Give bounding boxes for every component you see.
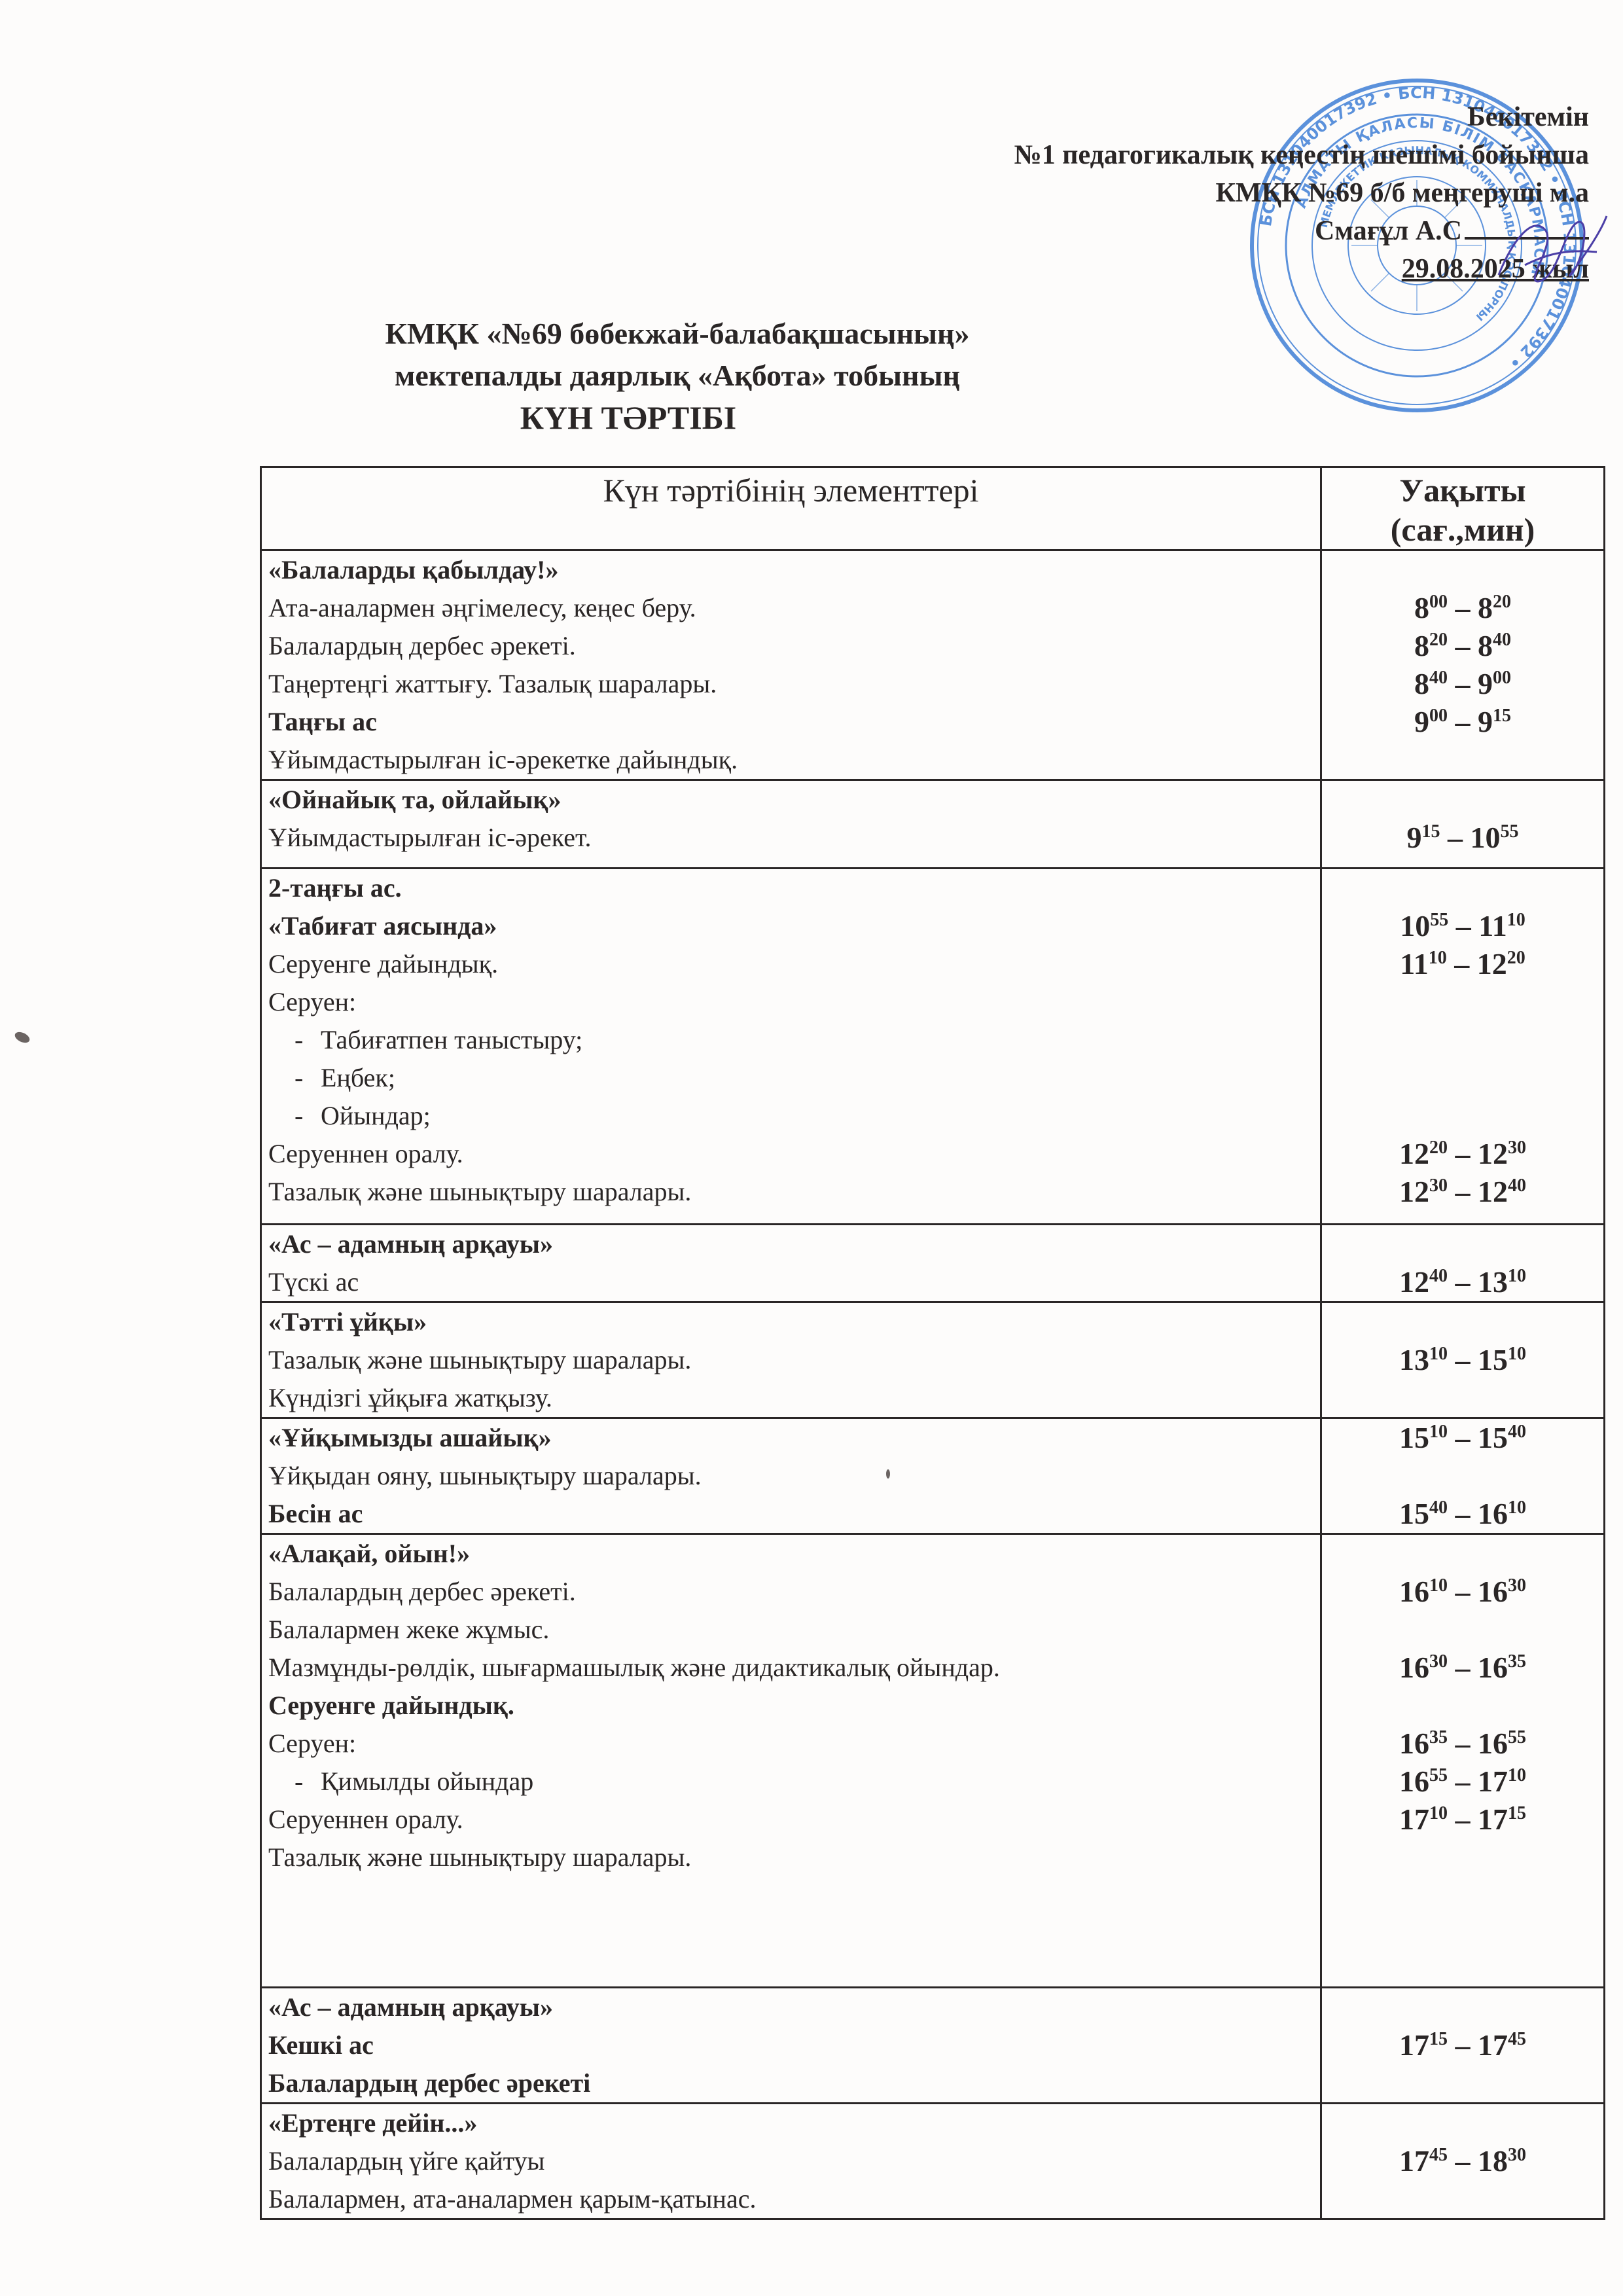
time-range: 1630 – 1635 — [1329, 1649, 1597, 1687]
schedule-bullet-item: Еңбек; — [268, 1059, 1313, 1097]
schedule-section-heading: Серуенге дайындық. — [268, 1687, 1313, 1725]
time-spacer — [1329, 551, 1597, 589]
time-range: 820 – 840 — [1329, 627, 1597, 665]
schedule-time-cell: 1510 – 15401540 – 1610 — [1321, 1418, 1605, 1534]
schedule-item: Ата-аналармен әңгімелесу, кеңес беру. — [268, 589, 1313, 627]
approval-council-decision: №1 педагогикалық кеңестің шешімі бойынша — [1014, 136, 1589, 174]
approval-heading: Бекітемін — [1014, 98, 1589, 136]
time-range: 1745 – 1830 — [1329, 2142, 1597, 2180]
title-group: мектепалды даярлық «Ақбота» тобының — [0, 355, 1178, 397]
table-row: «Ас – адамның арқауы»Түскі ас1240 – 1310 — [261, 1225, 1605, 1302]
time-range: 1635 – 1655 — [1329, 1725, 1597, 1763]
schedule-item: Серуеннен оралу. — [268, 1801, 1313, 1839]
time-spacer — [1329, 2104, 1597, 2142]
table-row: «Алақай, ойын!»Балалардың дербес әрекеті… — [261, 1534, 1605, 1988]
schedule-item: Серуен: — [268, 1725, 1313, 1763]
schedule-item: Күндізгі ұйқыға жатқызу. — [268, 1379, 1313, 1417]
schedule-item: Тазалық және шынықтыру шаралары. — [268, 1173, 1313, 1211]
schedule-time-cell: 1610 – 16301630 – 16351635 – 16551655 – … — [1321, 1534, 1605, 1988]
schedule-item: Балалардың үйге қайтуы — [268, 2142, 1313, 2180]
schedule-section-heading: Балалардың дербес әрекеті — [268, 2064, 1313, 2102]
time-spacer — [1329, 1611, 1597, 1649]
schedule-item: Тазалық және шынықтыру шаралары. — [268, 1839, 1313, 1876]
schedule-elements-cell: 2-таңғы ас.«Табиғат аясында»Серуенге дай… — [261, 869, 1321, 1225]
schedule-section-heading: «Балаларды қабылдау!» — [268, 551, 1313, 589]
schedule-section-heading: «Ас – адамның арқауы» — [268, 1988, 1313, 2026]
schedule-item: Балалармен, ата-аналармен қарым-қатынас. — [268, 2180, 1313, 2218]
schedule-elements-cell: «Ертеңге дейін...»Балалардың үйге қайтуы… — [261, 2104, 1321, 2219]
time-spacer — [1329, 869, 1597, 907]
time-spacer — [1329, 1988, 1597, 2026]
time-range: 1220 – 1230 — [1329, 1135, 1597, 1173]
title-main: КҮН ТӘРТІБІ — [0, 397, 1178, 439]
schedule-time-cell: 800 – 820820 – 840840 – 900900 – 915 — [1321, 550, 1605, 780]
time-range: 840 – 900 — [1329, 665, 1597, 703]
schedule-section-heading: Бесін ас — [268, 1495, 1313, 1533]
time-range: 1610 – 1630 — [1329, 1573, 1597, 1611]
time-range: 915 – 1055 — [1329, 819, 1597, 857]
schedule-item: Серуен: — [268, 983, 1313, 1021]
table-row: «Тәтті ұйқы»Тазалық және шынықтыру шарал… — [261, 1302, 1605, 1418]
time-range: 900 – 915 — [1329, 703, 1597, 741]
schedule-item: Таңертеңгі жаттығу. Тазалық шаралары. — [268, 665, 1313, 703]
schedule-section-heading: «Ұйқымызды ашайық» — [268, 1419, 1313, 1457]
time-range: 800 – 820 — [1329, 589, 1597, 627]
schedule-section-heading: «Ойнайық та, ойлайық» — [268, 781, 1313, 819]
time-spacer — [1329, 1059, 1597, 1097]
table-row: «Ойнайық та, ойлайық»Ұйымдастырылған іс-… — [261, 780, 1605, 869]
schedule-elements-cell: «Ас – адамның арқауы»Түскі ас — [261, 1225, 1321, 1302]
time-range: 1055 – 1110 — [1329, 907, 1597, 945]
time-range: 1230 – 1240 — [1329, 1173, 1597, 1211]
schedule-item: Ұйымдастырылған іс-әрекет. — [268, 819, 1313, 857]
time-range: 1715 – 1745 — [1329, 2026, 1597, 2064]
title-institution: КМҚК «№69 бөбекжай-балабақшасының» — [0, 313, 1178, 355]
schedule-section-heading: «Тәтті ұйқы» — [268, 1303, 1313, 1341]
time-range: 1110 – 1220 — [1329, 945, 1597, 983]
time-spacer — [1329, 1021, 1597, 1059]
time-range: 1510 – 1540 — [1329, 1419, 1597, 1457]
schedule-elements-cell: «Ас – адамның арқауы»Кешкі асБалалардың … — [261, 1988, 1321, 2104]
schedule-item: Балалармен жеке жұмыс. — [268, 1611, 1313, 1649]
schedule-elements-cell: «Балаларды қабылдау!»Ата-аналармен әңгім… — [261, 550, 1321, 780]
schedule-time-cell: 1745 – 1830 — [1321, 2104, 1605, 2219]
table-row: «Ұйқымызды ашайық»Ұйқыдан ояну, шынықтыр… — [261, 1418, 1605, 1534]
time-spacer — [1329, 983, 1597, 1021]
table-row: «Балаларды қабылдау!»Ата-аналармен әңгім… — [261, 550, 1605, 780]
time-range: 1540 – 1610 — [1329, 1495, 1597, 1533]
time-spacer — [1329, 1457, 1597, 1495]
schedule-section-heading: Кешкі ас — [268, 2026, 1313, 2064]
schedule-section-heading: 2-таңғы ас. — [268, 869, 1313, 907]
schedule-item: Балалардың дербес әрекеті. — [268, 627, 1313, 665]
header-time-label: Уақыты — [1329, 471, 1597, 510]
schedule-item: Ұйымдастырылған іс-әрекетке дайындық. — [268, 741, 1313, 779]
time-range: 1710 – 1715 — [1329, 1801, 1597, 1839]
schedule-section-heading: «Табиғат аясында» — [268, 907, 1313, 945]
time-spacer — [1329, 1687, 1597, 1725]
table-row: «Ертеңге дейін...»Балалардың үйге қайтуы… — [261, 2104, 1605, 2219]
time-range: 1240 – 1310 — [1329, 1263, 1597, 1301]
time-spacer — [1329, 781, 1597, 819]
header-time: Уақыты (сағ.,мин) — [1321, 467, 1605, 550]
schedule-bullet-item: Қимылды ойындар — [268, 1763, 1313, 1801]
schedule-item: Мазмұнды-рөлдік, шығармашылық және дидак… — [268, 1649, 1313, 1687]
schedule-item: Тазалық және шынықтыру шаралары. — [268, 1341, 1313, 1379]
approval-signer-name: Смағұл А.С — [1315, 216, 1462, 246]
table-header-row: Күн тәртібінің элементтері Уақыты (сағ.,… — [261, 467, 1605, 550]
schedule-item: Ұйқыдан ояну, шынықтыру шаралары. — [268, 1457, 1313, 1495]
daily-schedule-table: Күн тәртібінің элементтері Уақыты (сағ.,… — [260, 466, 1605, 2220]
schedule-time-cell: 1240 – 1310 — [1321, 1225, 1605, 1302]
scan-artifact — [13, 1030, 31, 1045]
table-row: 2-таңғы ас.«Табиғат аясында»Серуенге дай… — [261, 869, 1605, 1225]
schedule-time-cell: 1310 – 1510 — [1321, 1302, 1605, 1418]
schedule-elements-cell: «Тәтті ұйқы»Тазалық және шынықтыру шарал… — [261, 1302, 1321, 1418]
schedule-time-cell: 1715 – 1745 — [1321, 1988, 1605, 2104]
document-title-block: КМҚК «№69 бөбекжай-балабақшасының» мекте… — [0, 313, 1178, 439]
schedule-bullet-item: Ойындар; — [268, 1097, 1313, 1135]
schedule-section-heading: «Ас – адамның арқауы» — [268, 1225, 1313, 1263]
header-time-unit: (сағ.,мин) — [1329, 510, 1597, 549]
schedule-item: Серуеннен оралу. — [268, 1135, 1313, 1173]
time-spacer — [1329, 1535, 1597, 1573]
schedule-elements-cell: «Ұйқымызды ашайық»Ұйқыдан ояну, шынықтыр… — [261, 1418, 1321, 1534]
time-spacer — [1329, 1097, 1597, 1135]
table-row: «Ас – адамның арқауы»Кешкі асБалалардың … — [261, 1988, 1605, 2104]
time-range: 1655 – 1710 — [1329, 1763, 1597, 1801]
time-range: 1310 – 1510 — [1329, 1341, 1597, 1379]
time-spacer — [1329, 1303, 1597, 1341]
signature-icon — [1486, 203, 1616, 295]
schedule-section-heading: Таңғы ас — [268, 703, 1313, 741]
scan-artifact — [886, 1469, 890, 1479]
schedule-time-cell: 915 – 1055 — [1321, 780, 1605, 869]
schedule-item: Балалардың дербес әрекеті. — [268, 1573, 1313, 1611]
schedule-bullet-item: Табиғатпен таныстыру; — [268, 1021, 1313, 1059]
header-elements: Күн тәртібінің элементтері — [261, 467, 1321, 550]
schedule-elements-cell: «Ойнайық та, ойлайық»Ұйымдастырылған іс-… — [261, 780, 1321, 869]
schedule-time-cell: 1055 – 11101110 – 12201220 – 12301230 – … — [1321, 869, 1605, 1225]
time-spacer — [1329, 1225, 1597, 1263]
schedule-section-heading: «Алақай, ойын!» — [268, 1535, 1313, 1573]
schedule-item: Түскі ас — [268, 1263, 1313, 1301]
schedule-item: Серуенге дайындық. — [268, 945, 1313, 983]
schedule-elements-cell: «Алақай, ойын!»Балалардың дербес әрекеті… — [261, 1534, 1321, 1988]
schedule-section-heading: «Ертеңге дейін...» — [268, 2104, 1313, 2142]
